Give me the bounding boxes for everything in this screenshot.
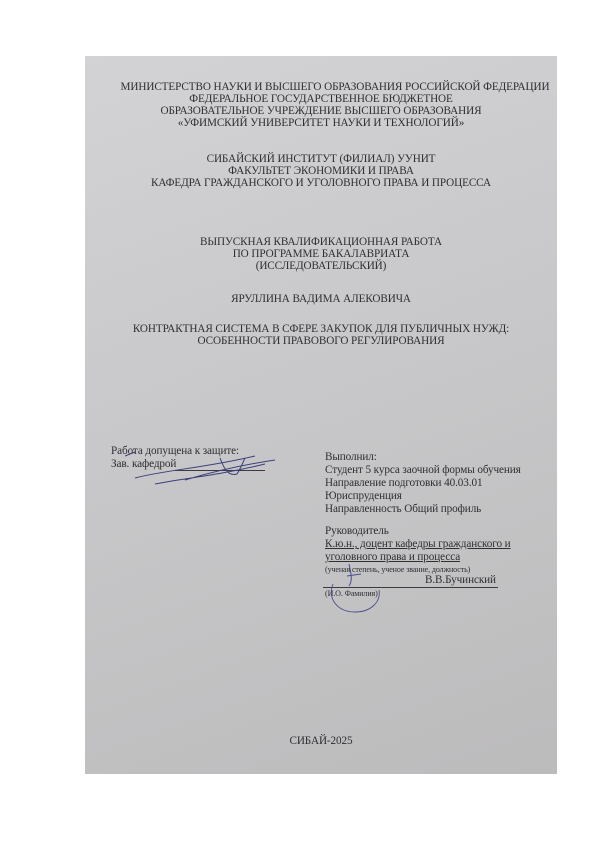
title-page-photo: МИНИСТЕРСТВО НАУКИ И ВЫСШЕГО ОБРАЗОВАНИЯ… xyxy=(85,56,557,774)
student-course: Студент 5 курса заочной формы обучения xyxy=(325,464,521,477)
supervisor-position-line-1: К.ю.н., доцент кафедры гражданского и xyxy=(325,538,511,551)
training-direction: Направление подготовки 40.03.01 xyxy=(325,477,482,490)
supervisor-label: Руководитель xyxy=(325,525,389,538)
city-year: СИБАЙ-2025 xyxy=(85,735,557,748)
stamp-signature-icon xyxy=(321,554,391,616)
work-type-line-3: (ИССЛЕДОВАТЕЛЬСКИЙ) xyxy=(85,260,557,273)
work-title-line-2: ОСОБЕННОСТИ ПРАВОВОГО РЕГУЛИРОВАНИЯ xyxy=(85,335,557,348)
author-name: ЯРУЛЛИНА ВАДИМА АЛЕКОВИЧА xyxy=(85,293,557,306)
signature-head-icon xyxy=(125,448,285,488)
performer-label: Выполнил: xyxy=(325,451,377,464)
department-line: КАФЕДРА ГРАЖДАНСКОГО И УГОЛОВНОГО ПРАВА … xyxy=(85,177,557,190)
specialty: Юриспруденция xyxy=(325,490,402,503)
supervisor-name: В.В.Бучинский xyxy=(425,574,496,587)
university-line: «УФИМСКИЙ УНИВЕРСИТЕТ НАУКИ И ТЕХНОЛОГИЙ… xyxy=(85,117,557,130)
profile: Направленность Общий профиль xyxy=(325,503,481,516)
